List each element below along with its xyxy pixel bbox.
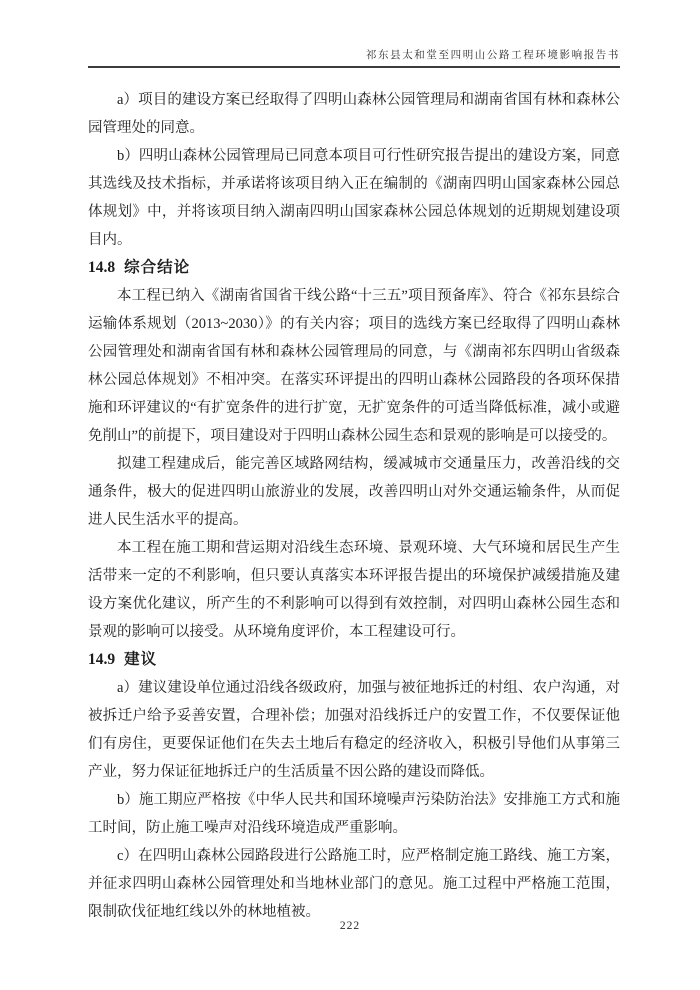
- section-heading-14-8: 14.8综合结论: [88, 254, 620, 282]
- paragraph-suggestion-a: a）建议建设单位通过沿线各级政府，加强与被征地拆迁的村组、农户沟通，对被拆迁户给…: [88, 674, 620, 786]
- paragraph-conclusion-planning: 本工程已纳入《湖南省国省干线公路“十三五”项目预备库》、符合《祁东县综合运输体系…: [88, 282, 620, 450]
- section-title: 综合结论: [124, 259, 190, 276]
- paragraph-conclusion-benefits: 拟建工程建成后，能完善区域路网结构，缓减城市交通量压力，改善沿线的交通条件，极大…: [88, 450, 620, 534]
- paragraph-suggestion-b: b）施工期应严格按《中华人民共和国环境噪声污染防治法》安排施工方式和施工时间，防…: [88, 786, 620, 842]
- document-body: a）项目的建设方案已经取得了四明山森林公园管理局和湖南省国有林和森林公园管理处的…: [88, 86, 620, 926]
- paragraph-approval-b: b）四明山森林公园管理局已同意本项目可行性研究报告提出的建设方案，同意其选线及技…: [88, 142, 620, 254]
- section-heading-14-9: 14.9建议: [88, 646, 620, 674]
- page-number: 222: [0, 920, 700, 932]
- paragraph-conclusion-feasibility: 本工程在施工期和营运期对沿线生态环境、景观环境、大气环境和居民生产生活带来一定的…: [88, 534, 620, 646]
- section-number: 14.9: [88, 651, 115, 668]
- running-header-title: 祁东县太和堂至四明山公路工程环境影响报告书: [88, 47, 620, 62]
- header-rule: [88, 66, 620, 68]
- paragraph-approval-a: a）项目的建设方案已经取得了四明山森林公园管理局和湖南省国有林和森林公园管理处的…: [88, 86, 620, 142]
- section-number: 14.8: [88, 259, 115, 276]
- document-page: 祁东县太和堂至四明山公路工程环境影响报告书 a）项目的建设方案已经取得了四明山森…: [0, 0, 700, 990]
- section-title: 建议: [124, 651, 157, 668]
- paragraph-suggestion-c: c）在四明山森林公园路段进行公路施工时，应严格制定施工路线、施工方案，并征求四明…: [88, 842, 620, 926]
